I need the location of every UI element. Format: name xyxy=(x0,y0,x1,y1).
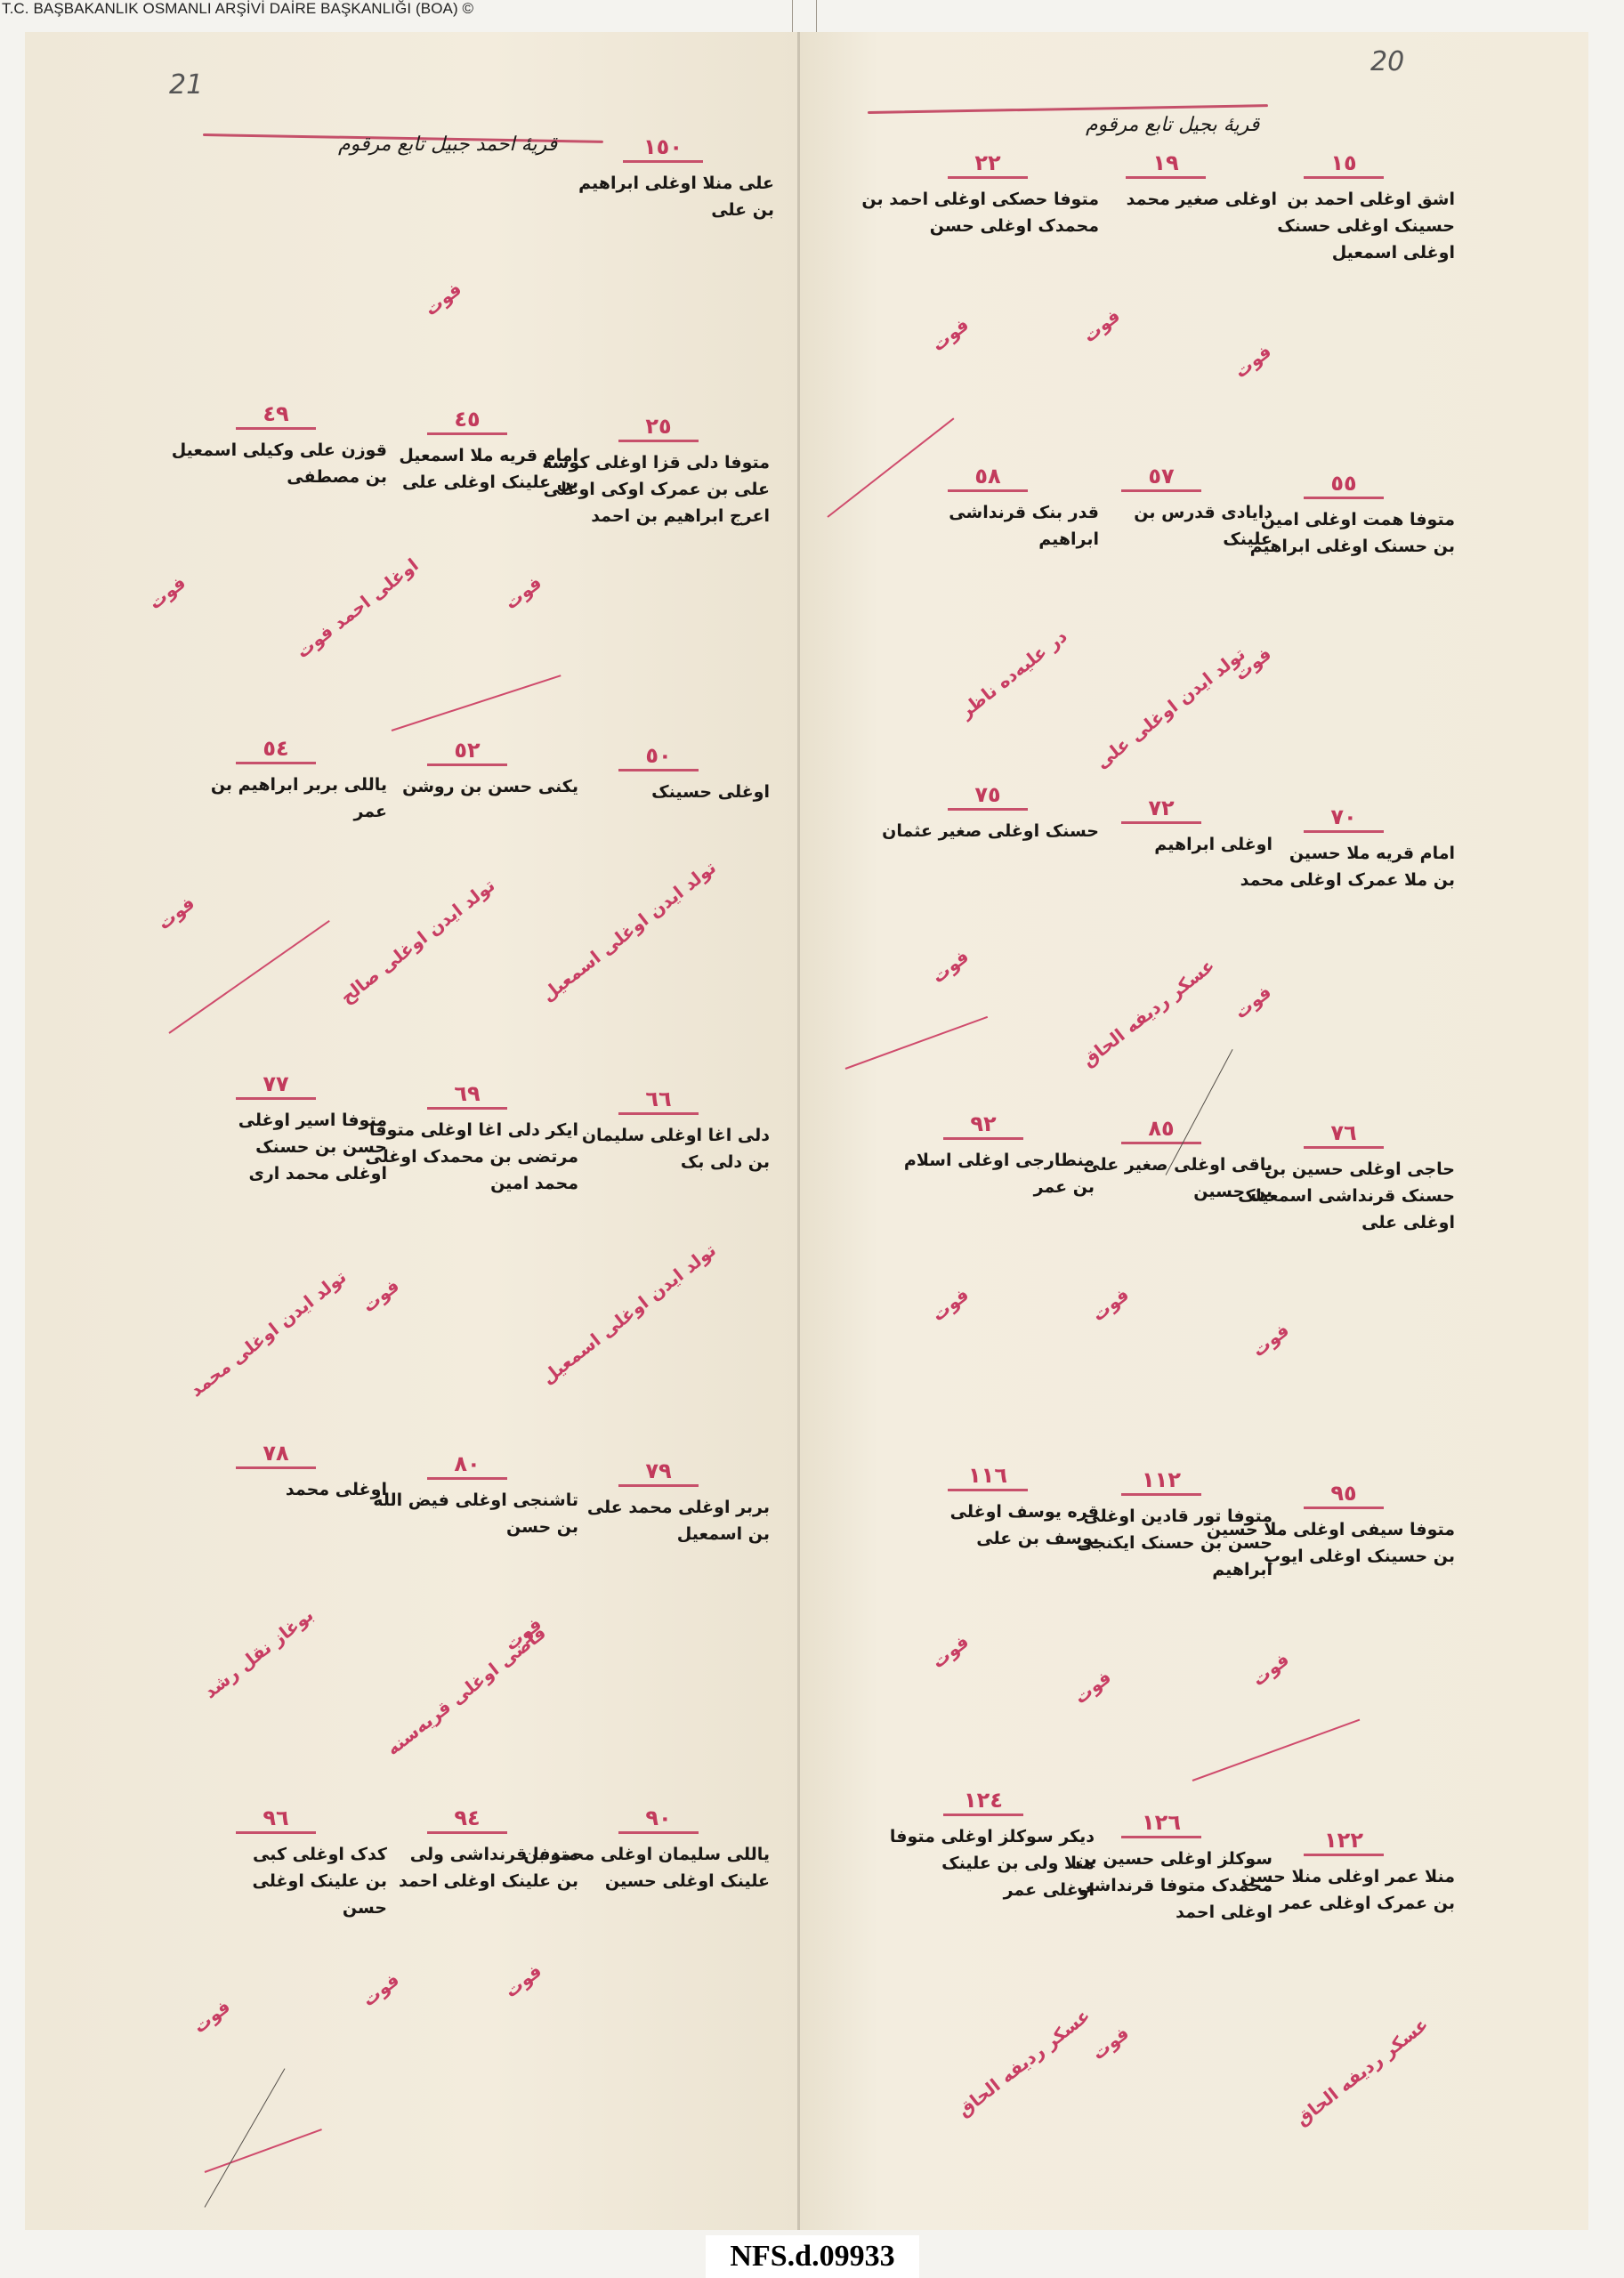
entry-line: بن ملا عمرک اوغلی محمد xyxy=(1232,867,1455,893)
entry-number: ٩٠ xyxy=(618,1806,699,1834)
entry-line: اوغلی اسمعیل xyxy=(1232,239,1455,266)
entry-line: ابراهیم xyxy=(1050,1556,1273,1583)
entry-line: بن حسن xyxy=(356,1514,578,1540)
entry-line: متوفا حصکی اوغلی احمد بن xyxy=(877,186,1099,213)
entry-number: ٩٤ xyxy=(427,1806,507,1834)
entry-line: بن دلی بک xyxy=(547,1149,770,1175)
entry-number: ١٩ xyxy=(1126,151,1206,179)
entry-number: ٩٥ xyxy=(1304,1482,1384,1509)
entry-69: ٦٩ ایکر دلی اغا اوغلی متوفامرتضی بن محمد… xyxy=(356,1082,578,1197)
entry-line: یوسف بن علی xyxy=(877,1525,1099,1552)
right-header-title: قریهٔ بجیل تابع مرقوم xyxy=(1086,114,1259,136)
entry-number: ٥٨ xyxy=(948,464,1028,492)
entry-line: علینک اوغلی حسین xyxy=(547,1868,770,1894)
entry-number: ٥٤ xyxy=(236,737,316,764)
page-fold xyxy=(797,32,800,2230)
entry-number: ٥٢ xyxy=(427,739,507,766)
entry-line: قدر بنک قرنداشی xyxy=(877,499,1099,526)
entry-number: ٨٠ xyxy=(427,1452,507,1480)
entry-line: بن علینک اوغلی xyxy=(165,1868,387,1894)
entry-number: ٧٥ xyxy=(948,783,1028,811)
entry-line: یاللی سلیمان اوغلی محمد بن xyxy=(547,1841,770,1868)
entry-line: کدک اوغلی کبی xyxy=(165,1841,387,1868)
entry-line: دیکر سوکلز اوغلی متوفا xyxy=(872,1823,1095,1850)
entry-94: ٩٤ متوفا قرنداشی ولیبن علینک اوغلی احمد xyxy=(356,1806,578,1894)
entry-line: متوفا قرنداشی ولی xyxy=(356,1841,578,1868)
entry-number: ١٢٦ xyxy=(1121,1811,1201,1838)
entry-number: ٩٦ xyxy=(236,1806,316,1834)
entry-line: ابراهیم xyxy=(877,526,1099,553)
entry-number: ٥٧ xyxy=(1121,464,1201,492)
entry-line: علی منلا اوغلی ابراهیم xyxy=(552,170,774,197)
entry-number: ١٥٠ xyxy=(623,135,703,163)
entry-line: متوفا اسیر اوغلی xyxy=(165,1107,387,1134)
entry-line: امام قریه ملا اسمعیل xyxy=(356,442,578,469)
entry-150: ١٥٠ علی منلا اوغلی ابراهیمبن علی xyxy=(552,135,774,223)
entry-line: بن مصطفی xyxy=(165,464,387,490)
entry-line: اوغلی عمر xyxy=(872,1877,1095,1903)
entry-line: اوغلی محمد اری xyxy=(165,1160,387,1187)
entry-96: ٩٦ کدک اوغلی کبیبن علینک اوغلیحسن xyxy=(165,1806,387,1921)
entry-90: ٩٠ یاللی سلیمان اوغلی محمد بنعلینک اوغلی… xyxy=(547,1806,770,1894)
entry-line: بن علینک اوغلی علی xyxy=(356,469,578,496)
entry-25: ٢٥ متوفا دلی قزا اوغلی کوسهعلی بن عمرک ا… xyxy=(547,415,770,529)
entry-line: مرتضی بن محمدک اوغلی xyxy=(356,1143,578,1170)
entry-50: ٥٠ اوغلی حسینک xyxy=(547,744,770,805)
entry-number: ١١٢ xyxy=(1121,1468,1201,1496)
entry-number: ١٢٢ xyxy=(1304,1829,1384,1856)
entry-124: ١٢٤ دیکر سوکلز اوغلی متوفامنلا ولی بن عل… xyxy=(872,1789,1095,1903)
entry-number: ١٥ xyxy=(1304,151,1384,179)
entry-49: ٤٩ قوزن علی وکیلی اسمعیلبن مصطفی xyxy=(165,402,387,490)
entry-line: اوغلی علی xyxy=(1232,1209,1455,1236)
entry-number: ٤٩ xyxy=(236,402,316,430)
entry-116: ١١٦ قره یوسف اوغلییوسف بن علی xyxy=(877,1464,1099,1552)
entry-number: ٧٧ xyxy=(236,1072,316,1100)
entry-78: ٧٨ اوغلی محمد xyxy=(165,1442,387,1503)
entry-number: ٤٥ xyxy=(427,408,507,435)
entry-45: ٤٥ امام قریه ملا اسمعیلبن علینک اوغلی عل… xyxy=(356,408,578,496)
entry-number: ٦٩ xyxy=(427,1082,507,1110)
entry-52: ٥٢ یکنی حسن بن روشن xyxy=(356,739,578,800)
left-page-number: 21 xyxy=(169,69,203,101)
entry-54: ٥٤ یاللی بربر ابراهیم بنعمر xyxy=(165,737,387,825)
entry-number: ٧٢ xyxy=(1121,796,1201,824)
entry-number: ٧٠ xyxy=(1304,805,1384,833)
entry-line: عمر xyxy=(165,798,387,825)
entry-line: اعرج ابراهیم بن احمد xyxy=(547,503,770,529)
right-page-number: 20 xyxy=(1370,46,1404,77)
entry-92: ٩٢ منطارجی اوغلی اسلامبن عمر xyxy=(872,1112,1095,1200)
entry-line: منلا ولی بن علینک xyxy=(872,1850,1095,1877)
entry-line: اوغلی حسینک xyxy=(547,779,770,805)
entry-number: ٢٢ xyxy=(948,151,1028,179)
entry-number: ٧٩ xyxy=(618,1459,699,1487)
entry-number: ٦٦ xyxy=(618,1087,699,1115)
entry-number: ٧٨ xyxy=(236,1442,316,1469)
binding-tab xyxy=(792,0,817,32)
entry-line: حسن xyxy=(165,1894,387,1921)
entry-number: ٢٥ xyxy=(618,415,699,442)
entry-line: ایکر دلی اغا اوغلی متوفا xyxy=(356,1117,578,1143)
entry-line: یکنی حسن بن روشن xyxy=(356,773,578,800)
left-header-title: قریهٔ احمد جبیل تابع مرقوم xyxy=(338,133,557,156)
entry-77: ٧٧ متوفا اسیر اوغلیحسن بن حسنکاوغلی محمد… xyxy=(165,1072,387,1187)
entry-line: قره یوسف اوغلی xyxy=(877,1498,1099,1525)
entry-number: ٩٢ xyxy=(943,1112,1023,1140)
entry-line: یاللی بربر ابراهیم بن xyxy=(165,771,387,798)
entry-58: ٥٨ قدر بنک قرنداشیابراهیم xyxy=(877,464,1099,553)
entry-number: ٥٠ xyxy=(618,744,699,771)
entry-number: ٧٦ xyxy=(1304,1121,1384,1149)
entry-line: محمد امین xyxy=(356,1170,578,1197)
archive-watermark: T.C. BAŞBAKANLIK OSMANLI ARŞİVİ DAİRE BA… xyxy=(2,0,473,18)
entry-line: دلی اغا اوغلی سلیمان xyxy=(547,1122,770,1149)
entry-22: ٢٢ متوفا حصکی اوغلی احمد بنمحمدک اوغلی ح… xyxy=(877,151,1099,239)
catalog-id-label: NFS.d.09933 xyxy=(706,2235,919,2278)
entry-80: ٨٠ تاشنجی اوغلی فیض اللهبن حسن xyxy=(356,1452,578,1540)
entry-number: ١٢٤ xyxy=(943,1789,1023,1816)
entry-line: محمدک اوغلی حسن xyxy=(877,213,1099,239)
entry-line: بن علینک اوغلی احمد xyxy=(356,1868,578,1894)
entry-line: بن علی xyxy=(552,197,774,223)
entry-line: منطارجی اوغلی اسلام xyxy=(872,1147,1095,1174)
entry-line: بن اسمعیل xyxy=(547,1521,770,1547)
entry-line: بن عمر xyxy=(872,1174,1095,1200)
entry-line: علی بن عمرک اوکی اوغلی xyxy=(547,476,770,503)
entry-number: ١١٦ xyxy=(948,1464,1028,1491)
entry-line: متوفا دلی قزا اوغلی کوسه xyxy=(547,449,770,476)
entry-line: اوغلی محمد xyxy=(165,1476,387,1503)
entry-line: قوزن علی وکیلی اسمعیل xyxy=(165,437,387,464)
entry-line: تاشنجی اوغلی فیض الله xyxy=(356,1487,578,1514)
entry-75: ٧٥ حسنک اوغلی صغیر عثمان xyxy=(877,783,1099,844)
entry-line: حسینک اوغلی حسنک xyxy=(1232,213,1455,239)
entry-number: ٥٥ xyxy=(1304,472,1384,499)
entry-line: بربر اوغلی محمد علی xyxy=(547,1494,770,1521)
entry-66: ٦٦ دلی اغا اوغلی سلیمانبن دلی بک xyxy=(547,1087,770,1175)
entry-line: حسنک اوغلی صغیر عثمان xyxy=(877,818,1099,844)
entry-line: حسن بن حسنک xyxy=(165,1134,387,1160)
entry-79: ٧٩ بربر اوغلی محمد علیبن اسمعیل xyxy=(547,1459,770,1547)
